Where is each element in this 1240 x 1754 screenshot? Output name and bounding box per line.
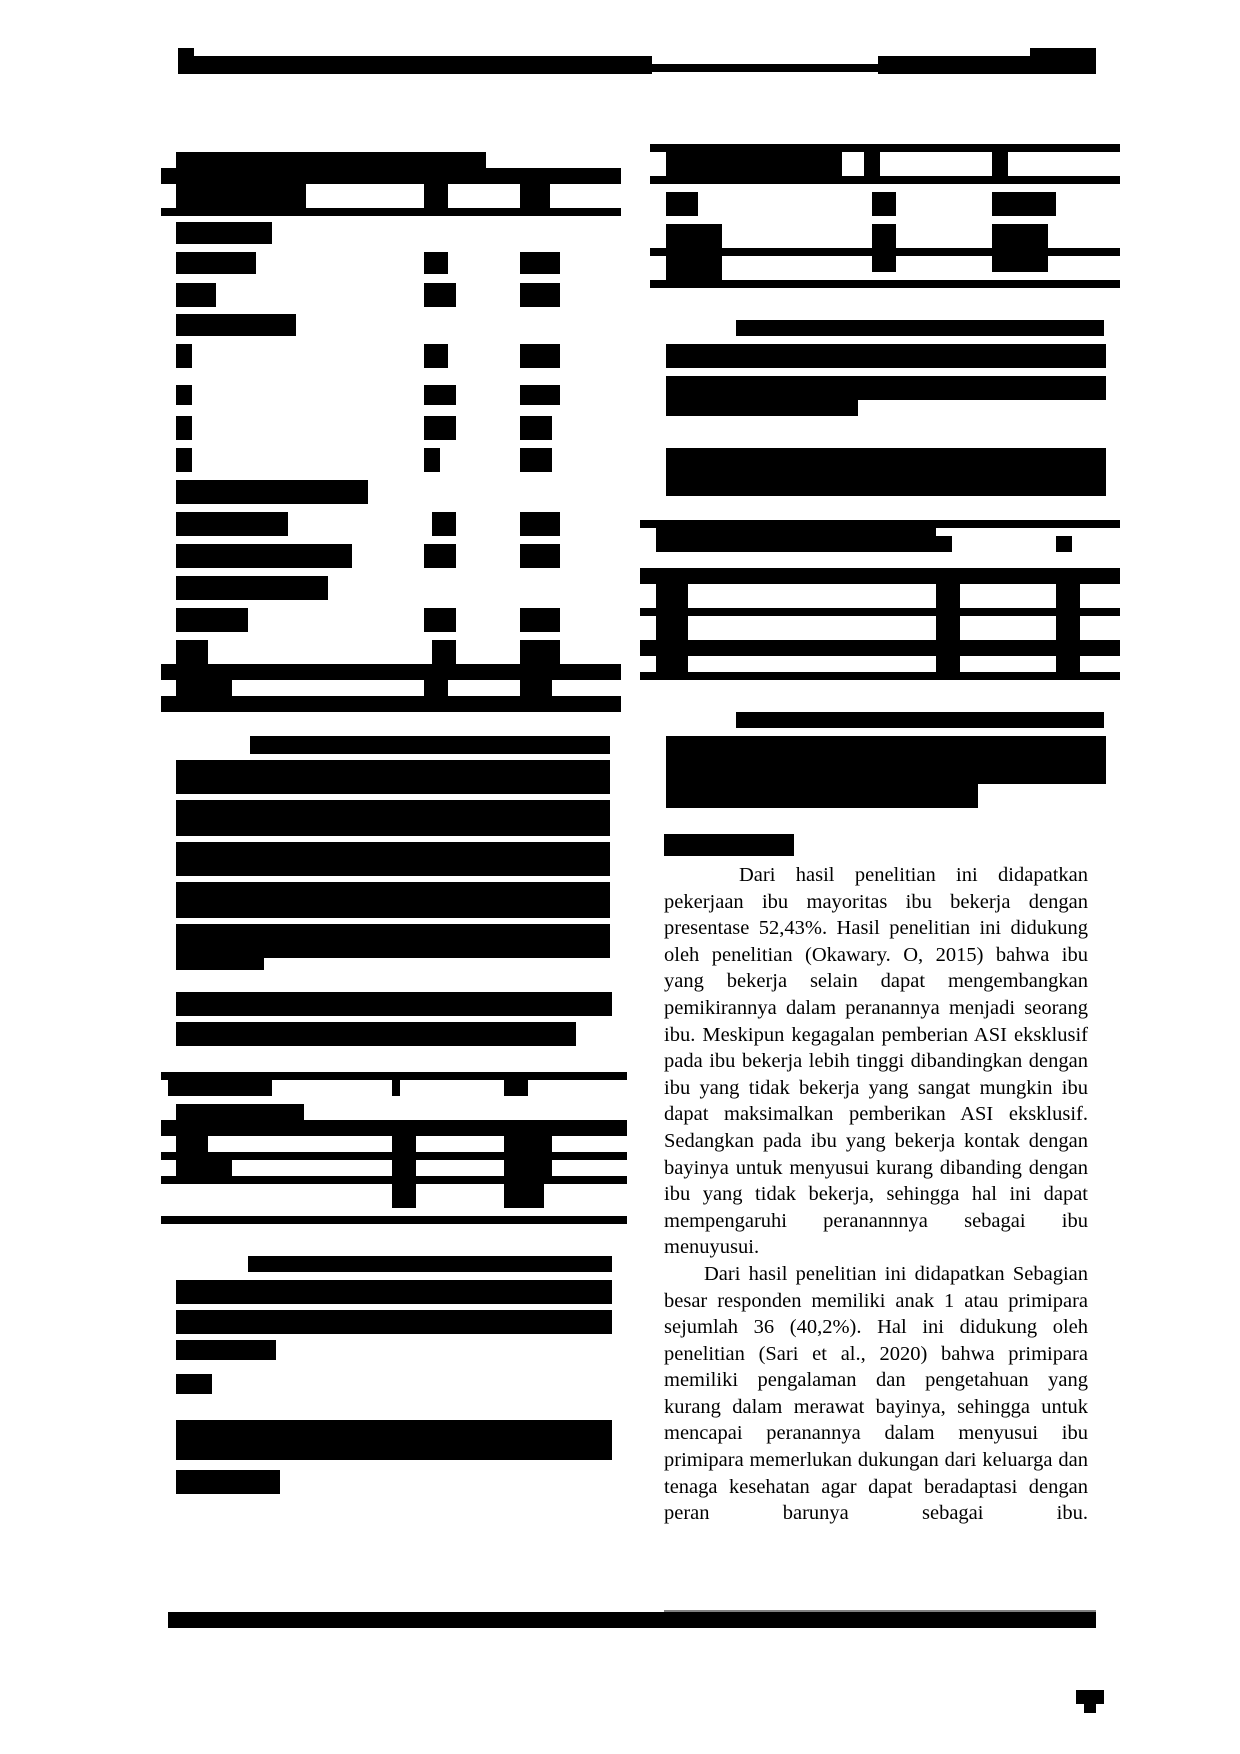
table-rule <box>640 568 1120 584</box>
table-rule <box>161 1152 627 1160</box>
text-redaction <box>736 712 1104 728</box>
table-cell <box>504 1184 544 1208</box>
table-cell <box>392 1184 416 1208</box>
table-row-label <box>176 416 192 440</box>
table-row-label <box>176 640 208 664</box>
text-redaction <box>176 1280 612 1304</box>
table-top-rule <box>161 168 621 184</box>
table-row-label <box>666 224 722 248</box>
header-redaction <box>178 56 652 74</box>
section-heading: [redacted] <box>664 834 794 856</box>
discussion-body: Dari hasil penelitian ini didapatkan pek… <box>664 862 1088 1527</box>
text-redaction <box>250 736 610 754</box>
text-redaction <box>176 1374 212 1394</box>
table-row-label <box>176 480 368 504</box>
text-redaction <box>176 760 610 794</box>
caption-redaction <box>176 1022 576 1046</box>
discussion-paragraph: Dari hasil penelitian ini didapatkan pek… <box>664 862 1088 1261</box>
table-cell <box>424 544 456 568</box>
text-redaction <box>176 950 264 970</box>
table-cell <box>936 584 960 680</box>
caption-redaction <box>176 992 612 1016</box>
text-redaction <box>666 736 1106 784</box>
table-rule <box>161 1176 627 1184</box>
table-row-label <box>656 584 688 680</box>
text-redaction <box>666 344 1106 368</box>
text-redaction <box>176 882 610 918</box>
table-row-label <box>176 544 352 568</box>
table-cell <box>520 512 560 536</box>
page-number: [redacted] <box>1076 1690 1104 1712</box>
table-cell <box>424 385 456 405</box>
table-rule <box>640 640 1120 656</box>
text-redaction <box>666 376 1106 400</box>
table-bottom-rule <box>161 696 621 712</box>
table-cell <box>520 680 552 696</box>
table-cell <box>432 640 456 664</box>
text-redaction <box>736 320 1104 336</box>
table-rule <box>640 608 1120 616</box>
table-row-label <box>176 608 248 632</box>
table-cell <box>520 283 560 307</box>
table-top-rule <box>640 520 1120 528</box>
page-number-redaction <box>1076 1690 1104 1704</box>
table-cell <box>520 640 560 664</box>
table-bottom-rule <box>650 280 1120 288</box>
table-header-cell <box>176 1104 304 1120</box>
table-row-label <box>666 192 698 216</box>
table-cell <box>520 416 552 440</box>
table-cell <box>424 448 440 472</box>
table-bottom-rule <box>161 1216 627 1224</box>
text-redaction <box>176 842 610 876</box>
table-row-label <box>176 385 192 405</box>
table-cell <box>424 608 456 632</box>
table-header-cell <box>504 1080 528 1096</box>
table-header-cell <box>1056 536 1072 552</box>
table-header-cell <box>424 184 448 208</box>
table-cell <box>424 283 456 307</box>
text-redaction <box>666 784 978 808</box>
table-row-label <box>176 344 192 368</box>
table-row-label <box>176 222 272 244</box>
caption-redaction <box>666 448 1106 496</box>
text-redaction <box>248 1256 612 1272</box>
table-cell <box>520 252 560 274</box>
header-redaction <box>1030 48 1096 56</box>
table-cell <box>520 385 560 405</box>
table-row-label <box>176 283 216 307</box>
table-cell <box>520 544 560 568</box>
text-redaction <box>176 1340 276 1360</box>
table-row-label <box>176 252 256 274</box>
header-redaction <box>178 48 194 56</box>
table-cell <box>520 448 552 472</box>
table-header-cell <box>520 184 550 208</box>
page-number-redaction <box>1084 1704 1096 1713</box>
table-rule <box>161 1120 627 1136</box>
text-redaction <box>666 400 858 416</box>
table-top-rule <box>161 1072 627 1080</box>
table-row-label <box>176 314 296 336</box>
discussion-paragraph: Dari hasil penelitian ini didapatkan Seb… <box>664 1261 1088 1527</box>
table-cell <box>872 192 896 216</box>
table-rule <box>161 664 621 680</box>
table-cell <box>992 192 1056 216</box>
table-cell <box>1056 584 1080 680</box>
table-bottom-rule <box>640 672 1120 680</box>
table-row-label <box>176 448 192 472</box>
table-header-cell <box>864 152 880 176</box>
caption-redaction <box>176 1470 280 1494</box>
table-cell <box>520 608 560 632</box>
table-header-cell <box>936 536 952 552</box>
table-cell <box>424 680 448 696</box>
text-redaction <box>176 800 610 836</box>
table-header-cell <box>176 184 306 208</box>
table-cell <box>424 416 456 440</box>
table-title-redaction <box>176 152 486 168</box>
table-header-rule <box>161 208 621 216</box>
caption-redaction <box>176 1420 612 1460</box>
table-row-label <box>176 1136 208 1152</box>
table-cell <box>424 252 448 274</box>
table-cell <box>520 344 560 368</box>
table-row-label <box>176 680 232 696</box>
table-cell <box>424 344 448 368</box>
table-header-cell <box>666 152 842 176</box>
footer-rule <box>168 1612 1096 1628</box>
table-row-label <box>176 576 328 600</box>
header-redaction <box>652 64 878 72</box>
table-rule <box>650 176 1120 184</box>
header-redaction <box>878 56 1096 74</box>
table-rule <box>650 248 1120 256</box>
table-row-label <box>666 256 722 280</box>
table-header-cell <box>392 1080 400 1096</box>
text-redaction <box>176 1310 612 1334</box>
table-row-label <box>176 1160 232 1176</box>
table-top-rule <box>650 144 1120 152</box>
table-header-cell <box>168 1080 272 1096</box>
table-header-cell <box>992 152 1008 176</box>
table-cell <box>432 512 456 536</box>
table-row-label <box>176 512 288 536</box>
table-header-cell <box>656 528 936 552</box>
